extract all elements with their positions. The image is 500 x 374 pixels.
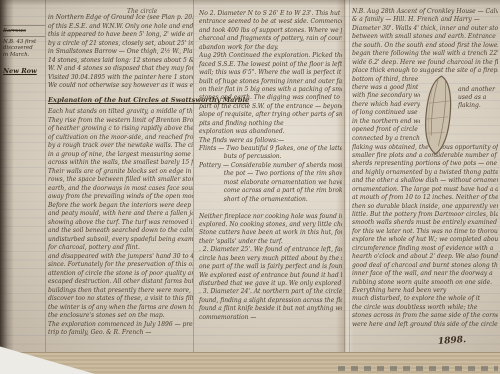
handwritten-line: Diameter 30'. Walls 4' thick, inner and … [352, 25, 498, 33]
handwritten-line: short of the ornamentation. [199, 196, 342, 204]
handwritten-line: entrance seemed to be at west side. Comm… [199, 18, 342, 26]
left-page-body-bottom: Each hut stands on tilted gravity, a mid… [48, 108, 193, 338]
handwritten-line: Neither fireplace nor cooking hole was f… [199, 213, 342, 221]
handwritten-line: most elaborate ornamentation we have yet [199, 179, 342, 187]
handwritten-line: N.B. Aug 28th Ascent of Cronkley House —… [352, 8, 498, 16]
handwritten-line: found a flint knife beside it but not an… [199, 305, 342, 313]
handwritten-line: good deal of charcoal and burnt stones a… [352, 262, 498, 270]
middle-column: No 2. Diameter N to S 26' E to W 23'. Th… [199, 10, 342, 322]
handwritten-line: of cultivation on the moor-side, and rea… [48, 134, 193, 143]
beside-sketch-right: and anotherused as aflaking. [458, 86, 498, 111]
handwritten-line: found, finding a slight depression acros… [199, 297, 342, 305]
handwritten-line: escaped destruction. All other distant f… [48, 278, 193, 287]
handwritten-line: buildings then that presently there were… [48, 287, 193, 296]
handwritten-line: The finds were as follows:— [199, 137, 342, 145]
handwritten-line: across within the walls, the smallest ba… [48, 159, 193, 168]
left-margin-rule [45, 0, 46, 358]
handwritten-line: rows, the space between filled with smal… [48, 176, 193, 185]
handwritten-line: their 'spalls' under the turf. [199, 238, 342, 246]
handwritten-line: ornamentation. The large pot must have h… [352, 186, 498, 194]
top-edge-shadow [0, 0, 500, 6]
flint-blade-sketch-icon [418, 74, 458, 158]
handwritten-line: slope of requisite, after trying other p… [199, 111, 342, 119]
handwritten-line: smooth walls sherds must be entirely exa… [352, 219, 498, 227]
handwritten-line: Stone cutters have been at work in this … [199, 229, 342, 237]
handwritten-line: opened front of circle [352, 126, 420, 134]
binding-shadow [0, 0, 14, 358]
handwritten-line: We explored east of entrance but found i… [199, 272, 342, 280]
handwritten-line: on their flat in 5 big ones with a packi… [199, 86, 342, 94]
handwritten-line: Each hut stands on tilted gravity, a mid… [48, 108, 193, 117]
handwritten-line: . 2. Diameter 25'. We found of entrance … [199, 246, 342, 254]
handwritten-line: Before the work began the interiors were… [48, 202, 193, 211]
handwritten-line: for charcoal, pottery and flint. [48, 244, 193, 253]
handwritten-line: part of the circle S.W. of the entrance … [199, 103, 342, 111]
handwritten-line: buts of percussion. [199, 153, 342, 161]
handwritten-line: one part of the wall is fairly perfect a… [199, 263, 342, 271]
handwritten-line: little. But the pottery from Dartmoor ci… [352, 211, 498, 219]
handwritten-line: there which had every mark [352, 101, 420, 109]
section-heading: Explanation of the hut Circles at Swatts… [48, 96, 198, 104]
handwritten-line: and peaty mould, with here and there a f… [48, 210, 193, 219]
handwritten-line: the winter is of any when the farms are … [48, 304, 193, 313]
next-page-text-peek [338, 366, 498, 371]
handwritten-line: began there following the wall with a tr… [352, 50, 498, 58]
handwritten-line: at mouth of from 10 to 12 inches. Neithe… [352, 194, 498, 202]
handwritten-line: then so durable black inside, one appare… [352, 203, 498, 211]
handwritten-line: abandon work for the day. [199, 44, 342, 52]
handwritten-line: The exploration commenced in July 1896 —… [48, 321, 193, 330]
right-column-bottom: flaking was obtained, the various opport… [352, 144, 498, 330]
handwritten-line: come across and a part of the rim broken… [199, 187, 342, 195]
handwritten-line: exploration was abandoned. [199, 128, 342, 136]
handwritten-line: trip to family, Geo. & R. French — [48, 329, 193, 338]
handwritten-line: the circle was doubtless worth while; th… [352, 304, 498, 312]
handwritten-line: W. N and 4 stones so disposed that they … [48, 65, 193, 74]
handwritten-line: explore the whole of hut W.; we complete… [352, 236, 498, 244]
handwritten-line: wall; this was 6'5". Where the wall is p… [199, 69, 342, 77]
handwritten-line: of long continued use — [352, 109, 420, 117]
handwritten-line: attention of circle the stone is of poor… [48, 270, 193, 279]
handwritten-line: in Northern Edge of Ground Ice (see Plan… [48, 14, 193, 23]
handwritten-line: charcoal and fragments of pottery, rain … [199, 35, 342, 43]
handwritten-line: wide 6.2' deep. Here we found charcoal i… [352, 59, 498, 67]
handwritten-line: circle has been very much pitted about b… [199, 255, 342, 263]
left-page-body-top: in Northern Edge of Ground Ice (see Plan… [48, 14, 193, 91]
handwritten-line: sherds representing portions of two pots… [352, 160, 498, 168]
handwritten-line: They rise from the western limit of Bren… [48, 117, 193, 126]
handwritten-line: flaking. [458, 102, 498, 110]
handwritten-line: undisturbed subsoil, every spadeful bein… [48, 236, 193, 245]
handwritten-line: this it appeared to have been 5' long, 2… [48, 31, 193, 40]
handwritten-line: of heather growing c to rising rapidly a… [48, 125, 193, 134]
handwritten-line: hearth o'clock and about 2' deep. We als… [352, 253, 498, 261]
handwritten-line: pits and finding nothing the [199, 120, 342, 128]
handwritten-line: the south. On the south end stood first … [352, 42, 498, 50]
handwritten-line: . 3. Diameter 24'. At northern part of t… [199, 288, 342, 296]
gutter-rule [193, 0, 194, 358]
handwritten-line: the enclosure's stones set on the map. [48, 312, 193, 321]
handwritten-line: showing above the turf. The turf was rem… [48, 219, 193, 228]
handwritten-line: were here and left ground this side of t… [352, 321, 498, 329]
handwritten-line: disturbed that we gave it up. We only ex… [199, 280, 342, 288]
handwritten-line: stones across in from the same side of t… [352, 312, 498, 320]
handwritten-line: by a circle of 21 stones, closely set, a… [48, 40, 193, 49]
handwritten-line: the pot — Two portions of the rim showin… [199, 170, 342, 178]
beside-sketch-left: bottom of third, three stools,there was … [352, 76, 420, 144]
handwritten-line: Everything here had been very [352, 287, 498, 295]
handwritten-line: connected by a trench. [352, 135, 420, 143]
handwritten-line: in a group of nine, the largest measurin… [48, 151, 193, 160]
handwritten-line: rubbing stone worn quite smooth on one s… [352, 279, 498, 287]
handwritten-line: We could not otherwise say however as it… [48, 82, 193, 91]
handwritten-line: faced S.S.E. The lowest point of the flo… [199, 61, 342, 69]
handwritten-line: in Smallstones Barrow — One thigh, 2½ W.… [48, 48, 193, 57]
handwritten-line: discover too no states of these, a visit… [48, 295, 193, 304]
handwritten-line: with fine secondary work [352, 92, 420, 100]
handwritten-line: between with small stones and earth. Ent… [352, 33, 498, 41]
handwritten-line: stones and earth. The digging was confin… [199, 94, 342, 102]
handwritten-line: Pottery — Considerable number of sherds … [199, 162, 342, 170]
handwritten-line: of this E.S.E. and W.N.W. Only one hole … [48, 23, 193, 32]
handwritten-line: Flints — Two beautiful 9 flakes, one of … [199, 145, 342, 153]
handwritten-line: commemoration — [199, 314, 342, 322]
handwritten-line: and disappeared with the jumpers' hand 3… [48, 253, 193, 262]
handwritten-line: used as a [458, 94, 498, 102]
handwritten-line: bottom of third, three stools, [352, 76, 420, 84]
handwritten-line: for this we later not. This was no time … [352, 228, 498, 236]
handwritten-line: there was a good flint knife [352, 84, 420, 92]
handwritten-line: No 2. Diameter N to S 26' E to W 23'. Th… [199, 10, 342, 18]
handwritten-line: and the other a shallow dish — without o… [352, 177, 498, 185]
handwritten-line: inner face of the wall, and near the doo… [352, 270, 498, 278]
notebook-spread: Barrows N.B. 43 first discovered in Marc… [0, 0, 500, 358]
handwritten-line: Aug 29th Continued the exploration. Pick… [199, 52, 342, 60]
handwritten-line: and the soil beneath searched down to th… [48, 227, 193, 236]
handwritten-line: and highly ornamented by a twisted thong… [352, 169, 498, 177]
signature-year: 1898. [438, 335, 467, 347]
handwritten-line: by a rough track over the newtake walls.… [48, 142, 193, 151]
handwritten-line: and another [458, 86, 498, 94]
handwritten-line: in the northern end we [352, 118, 420, 126]
handwritten-line [199, 204, 342, 212]
handwritten-line: earth, and the doorways in most cases fa… [48, 185, 193, 194]
handwritten-line: circumference finding most of evidence w… [352, 245, 498, 253]
handwritten-line: since. Fortunately for the preservation … [48, 261, 193, 270]
right-column: N.B. Aug 28th Ascent of Cronkley House —… [352, 8, 498, 329]
handwritten-line: Their walls are of granite blocks set on… [48, 168, 193, 177]
handwritten-line: 14 stones, stones laid long: 12 stones a… [48, 57, 193, 66]
right-column-top: N.B. Aug 28th Ascent of Cronkley House —… [352, 8, 498, 76]
handwritten-line: Visited 30.04.1895 with the painter here… [48, 74, 193, 83]
handwritten-line: and took 400 lbs of support stones. Wher… [199, 27, 342, 35]
handwritten-line: away from the prevailing winds of the op… [48, 193, 193, 202]
scanned-notebook-photo: { "document_kind": "handwritten excavati… [0, 0, 500, 374]
handwritten-line: & a family — Hill. H. French and Harry — [352, 16, 498, 24]
handwritten-line: much disturbed, to explore the whole of … [352, 295, 498, 303]
handwritten-line: explored. No cooking stones, and very li… [199, 221, 342, 229]
handwritten-line: built of huge stones forming inner and o… [199, 78, 342, 86]
